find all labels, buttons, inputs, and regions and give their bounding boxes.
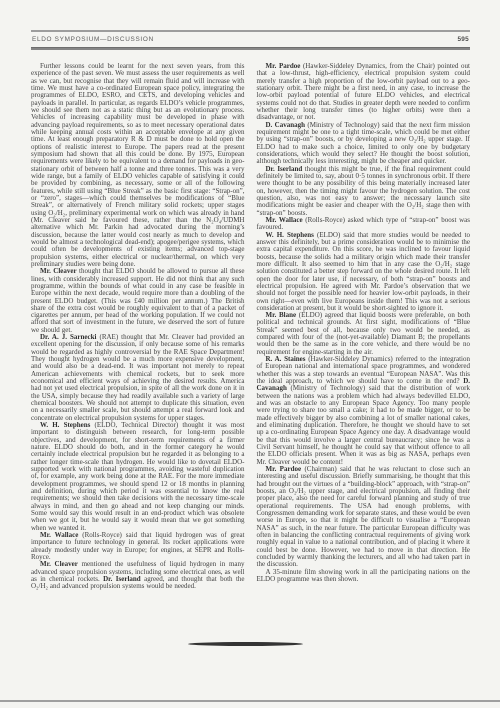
running-title: ELDO SYMPOSIUM—DISCUSSION bbox=[32, 36, 154, 43]
paragraph-text: (Hawker-Siddeley Dynamics, from the Chai… bbox=[257, 62, 471, 121]
right-column: Mr. Pardoe (Hawker-Siddeley Dynamics, fr… bbox=[257, 63, 471, 591]
paragraph-text: (Ministry of Technology) said that the n… bbox=[257, 121, 471, 166]
left-column: Further lessons could be learnt for the … bbox=[31, 63, 245, 591]
paragraph: W. H. Stephens (ELDO) said that more stu… bbox=[257, 232, 471, 313]
paragraph-text: (ELDO) agreed that liquid boosts were pr… bbox=[257, 311, 471, 356]
paragraph: Dr. Iserland thought this might be true,… bbox=[257, 166, 471, 217]
paragraph: W. H. Stephens (ELDO, Technical Director… bbox=[31, 422, 245, 532]
body-columns: Further lessons could be learnt for the … bbox=[31, 63, 470, 591]
paragraph-text: thought that ELDO should be allowed to p… bbox=[31, 267, 245, 334]
paragraph-text: Further lessons could be learnt for the … bbox=[31, 62, 245, 268]
header-rule-bottom bbox=[31, 47, 470, 51]
header-row: ELDO SYMPOSIUM—DISCUSSION 595 bbox=[31, 32, 470, 47]
end-of-discussion-rule bbox=[188, 642, 303, 646]
page-number: 595 bbox=[457, 36, 469, 43]
paragraph: D. Cavanagh (Ministry of Technology) sai… bbox=[257, 122, 471, 166]
paragraph: Mr. Cleaver mentioned the usefulness of … bbox=[31, 561, 245, 590]
paragraph: Dr. A. J. Sarnecki (RAE) thought that Mr… bbox=[31, 334, 245, 422]
paragraph-text: (Ministry of Technology) said that the d… bbox=[257, 384, 471, 465]
paragraph: Mr. Pardoe (Chairman) said that he was r… bbox=[257, 466, 471, 569]
paragraph-text: (ELDO) said that more studies would be n… bbox=[257, 231, 471, 312]
paragraph: R. A. Staines (Hawker-Siddeley Dynamics)… bbox=[257, 356, 471, 466]
paragraph: Mr. Wallace (Rolls-Royce) asked which ty… bbox=[257, 217, 471, 232]
paragraph-text: thought this might be true, if the final… bbox=[257, 165, 471, 217]
paragraph: Mr. Blane (ELDO) agreed that liquid boos… bbox=[257, 312, 471, 356]
paragraph-text: A 35-minute film showing work in all the… bbox=[257, 568, 471, 583]
document-page: ELDO SYMPOSIUM—DISCUSSION 595 Further le… bbox=[0, 0, 500, 708]
page-header: ELDO SYMPOSIUM—DISCUSSION 595 bbox=[31, 30, 470, 50]
page-bottom-edge-line bbox=[0, 700, 500, 702]
paragraph-text: (RAE) thought that Mr. Cleaver had provi… bbox=[31, 333, 245, 422]
paragraph-text: (ELDO, Technical Director) thought it wa… bbox=[31, 421, 245, 532]
paragraph: Further lessons could be learnt for the … bbox=[31, 63, 245, 268]
paragraph: Mr. Pardoe (Hawker-Siddeley Dynamics, fr… bbox=[257, 63, 471, 122]
paragraph: Mr. Cleaver thought that ELDO should be … bbox=[31, 268, 245, 334]
paragraph: Mr. Wallace (Rolls-Royce) said that liqu… bbox=[31, 532, 245, 561]
paragraph-text: (Chairman) said that he was reluctant to… bbox=[257, 465, 471, 568]
paragraph: A 35-minute film showing work in all the… bbox=[257, 569, 471, 584]
